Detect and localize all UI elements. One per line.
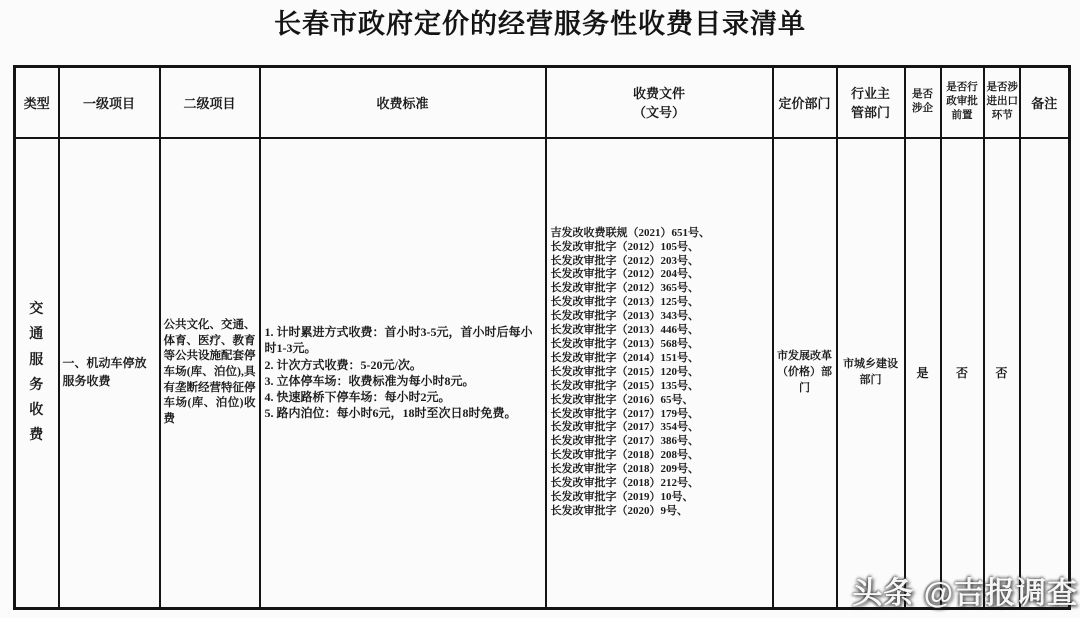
cell-type: 交通服务收费 bbox=[15, 138, 59, 609]
cell-pricing-dept-label: 市发展改革（价格）部门 bbox=[777, 349, 832, 397]
list-item: 长发改审批字（2012）365号、 bbox=[551, 282, 771, 296]
cell-type-label: 交通服务收费 bbox=[23, 297, 51, 448]
list-item: 长发改审批字（2013）343号、 bbox=[551, 310, 771, 324]
list-item: 长发改审批字（2013）568号、 bbox=[551, 338, 771, 352]
list-item: 吉发改收费联规（2021）651号、 bbox=[551, 227, 771, 241]
col-header-type: 类型 bbox=[15, 67, 59, 138]
list-item: 3. 立体停车场：收费标准为每小时8元。 bbox=[265, 373, 543, 389]
col-header-document: 收费文件（文号） bbox=[546, 67, 773, 138]
list-item: 长发改审批字（2016）65号、 bbox=[551, 394, 771, 408]
col-header-remarks: 备注 bbox=[1020, 67, 1070, 138]
col-header-level1-label: 一级项目 bbox=[83, 96, 135, 111]
watermark-toutiao: 头条 @吉报调查 bbox=[852, 568, 1078, 612]
col-header-import-export: 是否涉进出口环节 bbox=[984, 67, 1020, 138]
col-header-type-label: 类型 bbox=[24, 96, 50, 111]
col-header-involves-enterprise-label: 是否涉企 bbox=[912, 88, 933, 116]
list-item: 长发改审批字（2017）386号、 bbox=[551, 435, 771, 449]
table-header-row: 类型 一级项目 二级项目 收费标准 收费文件（文号） 定价部门 行业主管部门 是… bbox=[15, 67, 1070, 138]
cell-involves-enterprise: 是 bbox=[905, 138, 941, 609]
cell-admin-approval: 否 bbox=[941, 138, 984, 609]
list-item: 5. 路内泊位：每小时6元，18时至次日8时免费。 bbox=[265, 405, 543, 421]
list-item: 长发改审批字（2020）9号、 bbox=[551, 505, 771, 519]
cell-pricing-dept: 市发展改革（价格）部门 bbox=[773, 138, 837, 609]
col-header-level2: 二级项目 bbox=[160, 67, 260, 138]
col-header-industry-dept: 行业主管部门 bbox=[837, 67, 905, 138]
cell-level2: 公共文化、交通、体育、医疗、教育等公共设施配套停车场(库、泊位),具有垄断经营特… bbox=[160, 138, 260, 609]
cell-involves-enterprise-value: 是 bbox=[916, 366, 928, 380]
list-item: 长发改审批字（2019）10号、 bbox=[551, 491, 771, 505]
col-header-involves-enterprise: 是否涉企 bbox=[905, 67, 941, 138]
cell-level1-text: 一、机动车停放服务收费 bbox=[63, 355, 158, 390]
col-header-level1: 一级项目 bbox=[59, 67, 160, 138]
document-page: 长春市政府定价的经营服务性收费目录清单 类型 一级项目 二级项目 收费标准 收费… bbox=[0, 0, 1080, 618]
list-item: 长发改审批字（2018）208号、 bbox=[551, 449, 771, 463]
col-header-admin-approval: 是否行政审批前置 bbox=[941, 67, 984, 138]
fee-documents-list: 吉发改收费联规（2021）651号、长发改审批字（2012）105号、长发改审批… bbox=[551, 227, 771, 519]
cell-fee-documents: 吉发改收费联规（2021）651号、长发改审批字（2012）105号、长发改审批… bbox=[546, 138, 773, 609]
list-item: 长发改审批字（2012）203号、 bbox=[551, 255, 771, 269]
list-item: 长发改审批字（2015）120号、 bbox=[551, 366, 771, 380]
col-header-admin-approval-label: 是否行政审批前置 bbox=[946, 81, 978, 124]
list-item: 2. 计次方式收费：5-20元/次。 bbox=[265, 357, 543, 373]
col-header-industry-dept-label: 行业主管部门 bbox=[851, 83, 890, 121]
list-item: 长发改审批字（2013）446号、 bbox=[551, 324, 771, 338]
list-item: 长发改审批字（2012）204号、 bbox=[551, 268, 771, 282]
col-header-standard: 收费标准 bbox=[260, 67, 546, 138]
cell-import-export-value: 否 bbox=[995, 366, 1007, 380]
col-header-level2-label: 二级项目 bbox=[183, 96, 235, 111]
list-item: 长发改审批字（2018）209号、 bbox=[551, 463, 771, 477]
list-item: 长发改审批字（2014）151号、 bbox=[551, 352, 771, 366]
list-item: 长发改审批字（2017）179号、 bbox=[551, 408, 771, 422]
list-item: 长发改审批字（2015）135号、 bbox=[551, 380, 771, 394]
col-header-remarks-label: 备注 bbox=[1031, 96, 1057, 111]
col-header-pricing-dept: 定价部门 bbox=[773, 67, 837, 138]
col-header-import-export-label: 是否涉进出口环节 bbox=[987, 81, 1019, 124]
cell-level2-text: 公共文化、交通、体育、医疗、教育等公共设施配套停车场(库、泊位),具有垄断经营特… bbox=[164, 318, 256, 427]
list-item: 4. 快速路桥下停车场：每小时2元。 bbox=[265, 389, 543, 405]
col-header-document-label: 收费文件（文号） bbox=[633, 83, 685, 121]
cell-fee-standard: 1. 计时累进方式收费：首小时3-5元，首小时后每小时1-3元。2. 计次方式收… bbox=[260, 138, 546, 609]
list-item: 长发改审批字（2018）212号、 bbox=[551, 477, 771, 491]
fee-standard-list: 1. 计时累进方式收费：首小时3-5元，首小时后每小时1-3元。2. 计次方式收… bbox=[265, 324, 543, 421]
list-item: 长发改审批字（2017）354号、 bbox=[551, 421, 771, 435]
cell-admin-approval-value: 否 bbox=[956, 366, 968, 380]
fee-directory-table: 类型 一级项目 二级项目 收费标准 收费文件（文号） 定价部门 行业主管部门 是… bbox=[13, 65, 1071, 610]
list-item: 长发改审批字（2012）105号、 bbox=[551, 241, 771, 255]
cell-remarks bbox=[1020, 138, 1070, 609]
col-header-standard-label: 收费标准 bbox=[376, 96, 428, 111]
cell-level1: 一、机动车停放服务收费 bbox=[59, 138, 160, 609]
list-item: 1. 计时累进方式收费：首小时3-5元，首小时后每小时1-3元。 bbox=[265, 324, 543, 356]
cell-import-export: 否 bbox=[984, 138, 1020, 609]
cell-industry-dept: 市城乡建设部门 bbox=[837, 138, 905, 609]
list-item: 长发改审批字（2013）125号、 bbox=[551, 296, 771, 310]
col-header-pricing-dept-label: 定价部门 bbox=[778, 96, 830, 111]
cell-industry-dept-label: 市城乡建设部门 bbox=[843, 357, 898, 389]
page-title: 长春市政府定价的经营服务性收费目录清单 bbox=[0, 2, 1080, 41]
table-row: 交通服务收费 一、机动车停放服务收费 公共文化、交通、体育、医疗、教育等公共设施… bbox=[15, 138, 1070, 609]
